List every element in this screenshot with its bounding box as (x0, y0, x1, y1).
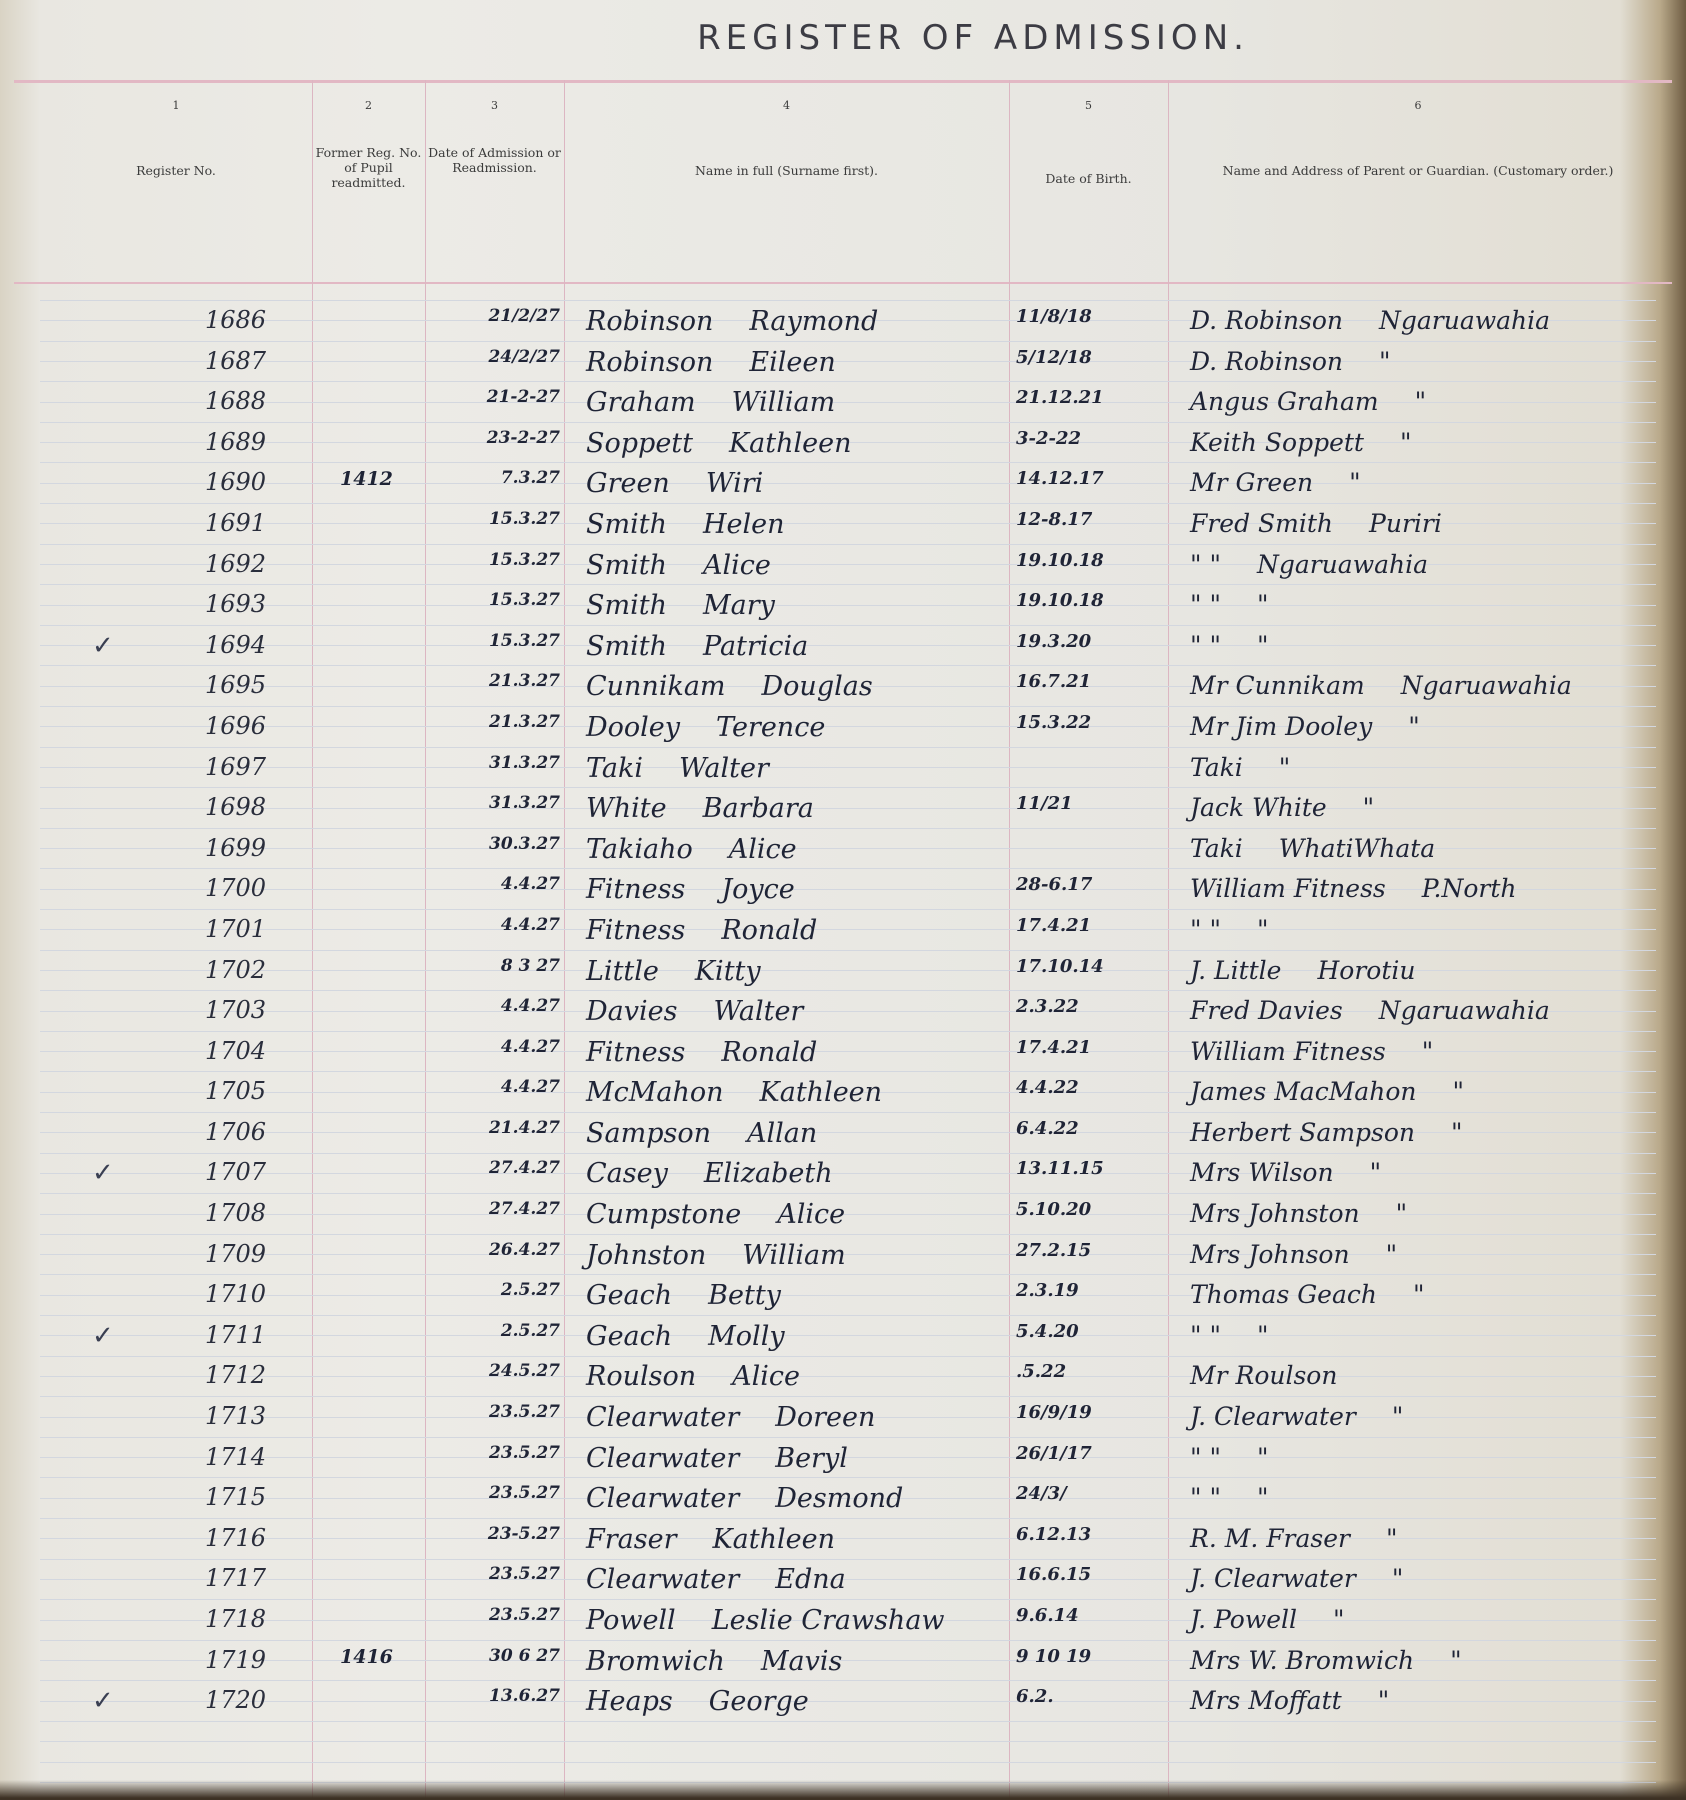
ruled-line (40, 1762, 1656, 1763)
surname: McMahon (586, 1077, 724, 1108)
admission-date: 4.4.27 (432, 874, 560, 894)
date-of-birth: 16/9/19 (1016, 1402, 1166, 1423)
surname: Smith (586, 631, 667, 662)
parent-address: " (1257, 1321, 1269, 1350)
date-of-birth: 19.10.18 (1016, 550, 1166, 571)
surname: Clearwater (586, 1443, 739, 1474)
parent-address: " (1386, 1240, 1398, 1269)
parent-name: Mrs Johnson (1190, 1240, 1350, 1269)
surname: Bromwich (586, 1646, 725, 1677)
given-name: Edna (775, 1564, 845, 1595)
given-name: Mary (703, 590, 775, 621)
given-name: George (709, 1686, 809, 1717)
admission-date: 23.5.27 (432, 1402, 560, 1422)
parent-name: Mrs Wilson (1190, 1158, 1334, 1187)
table-row: 1699 30.3.27 TakiahoAlice TakiWhatiWhata (0, 828, 1686, 869)
date-of-birth: 5.4.20 (1016, 1321, 1166, 1342)
parent-name: William Fitness (1190, 1037, 1386, 1066)
parent-address: " (1379, 347, 1391, 376)
register-number: 1711 (205, 1321, 295, 1349)
table-row: 1702 8 3 27 LittleKitty 17.10.14 J. Litt… (0, 950, 1686, 991)
given-name: Alice (729, 834, 797, 865)
parent-guardian: Keith Soppett" (1190, 428, 1670, 457)
parent-name: D. Robinson (1190, 306, 1343, 335)
given-name: Barbara (703, 793, 814, 824)
surname: Clearwater (586, 1483, 739, 1514)
parent-address: " (1400, 428, 1412, 457)
column-label: Former Reg. No. of Pupil readmitted. (316, 145, 422, 190)
admission-date: 2.5.27 (432, 1280, 560, 1300)
date-of-birth: 4.4.22 (1016, 1077, 1166, 1098)
admission-date: 8 3 27 (432, 956, 560, 976)
pupil-name: SoppettKathleen (586, 428, 1006, 459)
surname: White (586, 793, 667, 824)
admission-date: 21.3.27 (432, 712, 560, 732)
check-mark: ✓ (92, 631, 142, 661)
pupil-name: SampsonAllan (586, 1118, 1006, 1149)
parent-guardian: " "" (1190, 590, 1670, 619)
register-number: 1688 (205, 387, 295, 415)
parent-name: J. Clearwater (1190, 1402, 1356, 1431)
table-row: ✓ 1711 2.5.27 GeachMolly 5.4.20 " "" (0, 1315, 1686, 1356)
register-entries: 1686 21/2/27 RobinsonRaymond 11/8/18 D. … (0, 300, 1686, 1721)
check-mark: ✓ (92, 1686, 142, 1716)
date-of-birth: 27.2.15 (1016, 1240, 1166, 1261)
pupil-name: SmithMary (586, 590, 1006, 621)
surname: Sampson (586, 1118, 711, 1149)
admission-date: 27.4.27 (432, 1158, 560, 1178)
table-row: 1688 21-2-27 GrahamWilliam 21.12.21 Angu… (0, 381, 1686, 422)
parent-guardian: Mr Green" (1190, 468, 1670, 497)
admission-date: 4.4.27 (432, 996, 560, 1016)
admission-date: 24.5.27 (432, 1361, 560, 1381)
register-number: 1700 (205, 874, 295, 902)
pupil-name: FraserKathleen (586, 1524, 1006, 1555)
pupil-name: GreenWiri (586, 468, 1006, 499)
table-row: 1708 27.4.27 CumpstoneAlice 5.10.20 Mrs … (0, 1193, 1686, 1234)
surname: Geach (586, 1321, 672, 1352)
column-header-date-of-birth: 5 Date of Birth. (1009, 98, 1168, 268)
parent-guardian: J. Clearwater" (1190, 1402, 1670, 1431)
register-number: 1690 (205, 468, 295, 496)
given-name: Beryl (775, 1443, 848, 1474)
admission-date: 21/2/27 (432, 306, 560, 326)
column-number: 6 (1168, 98, 1668, 113)
date-of-birth: 13.11.15 (1016, 1158, 1166, 1179)
given-name: Terence (716, 712, 825, 743)
register-number: 1714 (205, 1443, 295, 1471)
register-number: 1708 (205, 1199, 295, 1227)
table-row: ✓ 1707 27.4.27 CaseyElizabeth 13.11.15 M… (0, 1152, 1686, 1193)
table-row: 1697 31.3.27 TakiWalter Taki" (0, 747, 1686, 788)
register-number: 1695 (205, 671, 295, 699)
pupil-name: SmithHelen (586, 509, 1006, 540)
parent-guardian: D. RobinsonNgaruawahia (1190, 306, 1670, 335)
given-name: Kathleen (729, 428, 852, 459)
parent-address: " (1349, 468, 1361, 497)
table-row: 1716 23-5.27 FraserKathleen 6.12.13 R. M… (0, 1518, 1686, 1559)
parent-guardian: J. Clearwater" (1190, 1564, 1670, 1593)
surname: Casey (586, 1158, 668, 1189)
register-number: 1703 (205, 996, 295, 1024)
check-mark: ✓ (92, 1321, 142, 1351)
given-name: Elizabeth (704, 1158, 833, 1189)
admission-date: 23.5.27 (432, 1605, 560, 1625)
parent-address: " (1452, 1077, 1464, 1106)
parent-name: Mr Roulson (1190, 1361, 1337, 1390)
parent-address: " (1413, 1280, 1425, 1309)
column-number: 4 (564, 98, 1009, 113)
parent-address: " (1279, 753, 1291, 782)
parent-name: Taki (1190, 753, 1243, 782)
column-number: 5 (1009, 98, 1168, 113)
date-of-birth: 17.10.14 (1016, 956, 1166, 977)
column-label: Date of Birth. (1045, 171, 1131, 186)
parent-name: " " (1190, 1443, 1221, 1472)
parent-address: P.North (1422, 874, 1517, 903)
parent-name: Mr Cunnikam (1190, 671, 1365, 700)
register-number: 1694 (205, 631, 295, 659)
admission-date: 21-2-27 (432, 387, 560, 407)
parent-name: Mr Green (1190, 468, 1313, 497)
parent-guardian: Mrs W. Bromwich" (1190, 1646, 1670, 1675)
date-of-birth: 2.3.22 (1016, 996, 1166, 1017)
parent-address: " (1408, 712, 1420, 741)
date-of-birth: 21.12.21 (1016, 387, 1166, 408)
admission-date: 21.3.27 (432, 671, 560, 691)
date-of-birth: 19.3.20 (1016, 631, 1166, 652)
admission-date: 31.3.27 (432, 793, 560, 813)
pupil-name: ClearwaterEdna (586, 1564, 1006, 1595)
table-row: 1705 4.4.27 McMahonKathleen 4.4.22 James… (0, 1071, 1686, 1112)
given-name: Alice (703, 550, 771, 581)
parent-guardian: " "" (1190, 631, 1670, 660)
pupil-name: RobinsonEileen (586, 347, 1006, 378)
date-of-birth: 28-6.17 (1016, 874, 1166, 895)
pupil-name: GeachMolly (586, 1321, 1006, 1352)
column-number: 2 (312, 98, 425, 113)
date-of-birth: 11/8/18 (1016, 306, 1166, 327)
date-of-birth: 15.3.22 (1016, 712, 1166, 733)
surname: Heaps (586, 1686, 673, 1717)
admission-date: 2.5.27 (432, 1321, 560, 1341)
admission-date: 23.5.27 (432, 1483, 560, 1503)
table-row: 1712 24.5.27 RoulsonAlice .5.22 Mr Rouls… (0, 1355, 1686, 1396)
table-row: 1701 4.4.27 FitnessRonald 17.4.21 " "" (0, 909, 1686, 950)
admission-date: 24/2/27 (432, 347, 560, 367)
parent-guardian: Mrs Johnson" (1190, 1240, 1670, 1269)
register-number: 1718 (205, 1605, 295, 1633)
register-number: 1717 (205, 1564, 295, 1592)
table-row: 1692 15.3.27 SmithAlice 19.10.18 " "Ngar… (0, 544, 1686, 585)
surname: Davies (586, 996, 677, 1027)
pupil-name: McMahonKathleen (586, 1077, 1006, 1108)
parent-name: Mr Jim Dooley (1190, 712, 1372, 741)
pupil-name: DaviesWalter (586, 996, 1006, 1027)
parent-guardian: Mr Roulson (1190, 1361, 1670, 1390)
former-register-number: 1416 (340, 1646, 420, 1668)
parent-guardian: " "" (1190, 1443, 1670, 1472)
surname: Clearwater (586, 1402, 739, 1433)
register-number: 1687 (205, 347, 295, 375)
parent-address: " (1451, 1118, 1463, 1147)
parent-name: " " (1190, 590, 1221, 619)
surname: Green (586, 468, 670, 499)
table-row: 1693 15.3.27 SmithMary 19.10.18 " "" (0, 584, 1686, 625)
surname: Little (586, 956, 659, 987)
parent-guardian: Taki" (1190, 753, 1670, 782)
ruled-line (40, 1721, 1656, 1722)
pupil-name: FitnessRonald (586, 915, 1006, 946)
parent-address: " (1396, 1199, 1408, 1228)
parent-name: Taki (1190, 834, 1243, 863)
surname: Robinson (586, 347, 713, 378)
parent-address: Ngaruawahia (1257, 550, 1428, 579)
surname: Smith (586, 509, 667, 540)
table-row: 1706 21.4.27 SampsonAllan 6.4.22 Herbert… (0, 1112, 1686, 1153)
table-row: 1686 21/2/27 RobinsonRaymond 11/8/18 D. … (0, 300, 1686, 341)
pupil-name: TakiWalter (586, 753, 1006, 784)
given-name: William (732, 387, 836, 418)
table-row: ✓ 1694 15.3.27 SmithPatricia 19.3.20 " "… (0, 625, 1686, 666)
register-number: 1713 (205, 1402, 295, 1430)
table-row: 1717 23.5.27 ClearwaterEdna 16.6.15 J. C… (0, 1558, 1686, 1599)
parent-address: " (1386, 1524, 1398, 1553)
register-number: 1716 (205, 1524, 295, 1552)
register-number: 1710 (205, 1280, 295, 1308)
register-number: 1709 (205, 1240, 295, 1268)
parent-address: " (1378, 1686, 1390, 1715)
date-of-birth: 24/3/ (1016, 1483, 1166, 1504)
given-name: Doreen (775, 1402, 875, 1433)
parent-guardian: Fred SmithPuriri (1190, 509, 1670, 538)
parent-name: R. M. Fraser (1190, 1524, 1350, 1553)
parent-name: J. Powell (1190, 1605, 1297, 1634)
parent-guardian: Mrs Johnston" (1190, 1199, 1670, 1228)
date-of-birth: 9.6.14 (1016, 1605, 1166, 1626)
surname: Clearwater (586, 1564, 739, 1595)
page-title: REGISTER OF ADMISSION. (0, 18, 1686, 58)
parent-guardian: R. M. Fraser" (1190, 1524, 1670, 1553)
given-name: Kitty (695, 956, 761, 987)
parent-guardian: " "Ngaruawahia (1190, 550, 1670, 579)
register-number: 1696 (205, 712, 295, 740)
parent-address: Ngaruawahia (1379, 996, 1550, 1025)
parent-address: " (1333, 1605, 1345, 1634)
surname: Roulson (586, 1361, 696, 1392)
surname: Johnston (586, 1240, 706, 1271)
parent-guardian: Angus Graham" (1190, 387, 1670, 416)
parent-name: James MacMahon (1190, 1077, 1416, 1106)
admission-date: 4.4.27 (432, 1037, 560, 1057)
date-of-birth: 16.6.15 (1016, 1564, 1166, 1585)
parent-address: WhatiWhata (1279, 834, 1435, 863)
date-of-birth: 14.12.17 (1016, 468, 1166, 489)
pupil-name: ClearwaterDoreen (586, 1402, 1006, 1433)
surname: Fitness (586, 874, 685, 905)
table-row: 1696 21.3.27 DooleyTerence 15.3.22 Mr Ji… (0, 706, 1686, 747)
admission-date: 27.4.27 (432, 1199, 560, 1219)
given-name: Raymond (749, 306, 878, 337)
parent-name: Fred Davies (1190, 996, 1343, 1025)
ruled-line (40, 1741, 1656, 1742)
pupil-name: SmithPatricia (586, 631, 1006, 662)
parent-guardian: Mrs Wilson" (1190, 1158, 1670, 1187)
admission-date: 23-5.27 (432, 1524, 560, 1544)
admission-date: 23.5.27 (432, 1443, 560, 1463)
table-row: 1700 4.4.27 FitnessJoyce 28-6.17 William… (0, 868, 1686, 909)
header-rule (14, 282, 1672, 284)
surname: Soppett (586, 428, 693, 459)
register-number: 1699 (205, 834, 295, 862)
date-of-birth: 9 10 19 (1016, 1646, 1166, 1667)
column-number: 1 (40, 98, 312, 113)
parent-name: Herbert Sampson (1190, 1118, 1415, 1147)
parent-guardian: William FitnessP.North (1190, 874, 1670, 903)
given-name: Alice (732, 1361, 800, 1392)
table-row: 1709 26.4.27 JohnstonWilliam 27.2.15 Mrs… (0, 1234, 1686, 1275)
parent-address: " (1363, 793, 1375, 822)
table-row: 1687 24/2/27 RobinsonEileen 5/12/18 D. R… (0, 341, 1686, 382)
pupil-name: WhiteBarbara (586, 793, 1006, 824)
register-number: 1686 (205, 306, 295, 334)
parent-name: " " (1190, 1483, 1221, 1512)
surname: Smith (586, 590, 667, 621)
parent-name: Mrs W. Bromwich (1190, 1646, 1414, 1675)
parent-name: Angus Graham (1190, 387, 1379, 416)
register-number: 1693 (205, 590, 295, 618)
parent-guardian: " "" (1190, 915, 1670, 944)
pupil-name: DooleyTerence (586, 712, 1006, 743)
given-name: Kathleen (712, 1524, 835, 1555)
parent-guardian: Mr CunnikamNgaruawahia (1190, 671, 1670, 700)
parent-name: Mrs Johnston (1190, 1199, 1360, 1228)
parent-guardian: Thomas Geach" (1190, 1280, 1670, 1309)
register-number: 1691 (205, 509, 295, 537)
parent-address: " (1257, 915, 1269, 944)
given-name: Helen (703, 509, 785, 540)
parent-address: " (1415, 387, 1427, 416)
pupil-name: FitnessJoyce (586, 874, 1006, 905)
admission-date: 4.4.27 (432, 1077, 560, 1097)
parent-address: Horotiu (1317, 956, 1415, 985)
admission-date: 15.3.27 (432, 550, 560, 570)
parent-name: " " (1190, 550, 1221, 579)
pupil-name: TakiahoAlice (586, 834, 1006, 865)
parent-name: William Fitness (1190, 874, 1386, 903)
register-number: 1712 (205, 1361, 295, 1389)
register-page: REGISTER OF ADMISSION. 1 Register No. 2 … (0, 0, 1686, 1800)
given-name: Douglas (762, 671, 873, 702)
check-mark: ✓ (92, 1158, 142, 1188)
parent-guardian: D. Robinson" (1190, 347, 1670, 376)
parent-guardian: J. LittleHorotiu (1190, 956, 1670, 985)
parent-guardian: James MacMahon" (1190, 1077, 1670, 1106)
parent-name: Fred Smith (1190, 509, 1333, 538)
date-of-birth: 5.10.20 (1016, 1199, 1166, 1220)
parent-name: " " (1190, 631, 1221, 660)
register-number: 1707 (205, 1158, 295, 1186)
surname: Taki (586, 753, 643, 784)
register-number: 1697 (205, 753, 295, 781)
parent-address: Ngaruawahia (1401, 671, 1572, 700)
given-name: Betty (708, 1280, 781, 1311)
admission-date: 21.4.27 (432, 1118, 560, 1138)
surname: Smith (586, 550, 667, 581)
top-rule (14, 80, 1672, 83)
column-header-parent-guardian: 6 Name and Address of Parent or Guardian… (1168, 98, 1668, 268)
parent-guardian: TakiWhatiWhata (1190, 834, 1670, 863)
parent-guardian: J. Powell" (1190, 1605, 1670, 1634)
pupil-name: ClearwaterDesmond (586, 1483, 1006, 1514)
given-name: Mavis (761, 1646, 843, 1677)
admission-date: 13.6.27 (432, 1686, 560, 1706)
surname: Powell (586, 1605, 676, 1636)
admission-date: 15.3.27 (432, 509, 560, 529)
parent-address: " (1392, 1402, 1404, 1431)
date-of-birth: 16.7.21 (1016, 671, 1166, 692)
table-row: 1718 23.5.27 PowellLeslie Crawshaw 9.6.1… (0, 1599, 1686, 1640)
pupil-name: GrahamWilliam (586, 387, 1006, 418)
register-number: 1702 (205, 956, 295, 984)
table-row: ✓ 1720 13.6.27 HeapsGeorge 6.2. Mrs Moff… (0, 1680, 1686, 1721)
given-name: William (742, 1240, 846, 1271)
column-label: Register No. (136, 163, 216, 178)
table-row: 1690 1412 7.3.27 GreenWiri 14.12.17 Mr G… (0, 462, 1686, 503)
parent-guardian: Mr Jim Dooley" (1190, 712, 1670, 741)
date-of-birth: 17.4.21 (1016, 915, 1166, 936)
table-row: 1710 2.5.27 GeachBetty 2.3.19 Thomas Gea… (0, 1274, 1686, 1315)
admission-date: 30 6 27 (432, 1646, 560, 1666)
date-of-birth: 6.4.22 (1016, 1118, 1166, 1139)
table-row: 1691 15.3.27 SmithHelen 12-8.17 Fred Smi… (0, 503, 1686, 544)
column-header-name: 4 Name in full (Surname first). (564, 98, 1009, 268)
parent-guardian: Fred DaviesNgaruawahia (1190, 996, 1670, 1025)
surname: Fraser (586, 1524, 676, 1555)
date-of-birth: 2.3.19 (1016, 1280, 1166, 1301)
table-row: 1704 4.4.27 FitnessRonald 17.4.21 Willia… (0, 1031, 1686, 1072)
column-number: 3 (425, 98, 564, 113)
parent-guardian: Jack White" (1190, 793, 1670, 822)
date-of-birth: 12-8.17 (1016, 509, 1166, 530)
register-number: 1692 (205, 550, 295, 578)
date-of-birth: 6.12.13 (1016, 1524, 1166, 1545)
admission-date: 15.3.27 (432, 590, 560, 610)
date-of-birth: 5/12/18 (1016, 347, 1166, 368)
given-name: Ronald (721, 915, 817, 946)
parent-name: J. Little (1190, 956, 1281, 985)
given-name: Alice (777, 1199, 845, 1230)
parent-address: Puriri (1369, 509, 1442, 538)
pupil-name: BromwichMavis (586, 1646, 1006, 1677)
parent-name: D. Robinson (1190, 347, 1343, 376)
given-name: Walter (679, 753, 769, 784)
register-number: 1701 (205, 915, 295, 943)
register-number: 1689 (205, 428, 295, 456)
parent-name: Keith Soppett (1190, 428, 1364, 457)
parent-name: J. Clearwater (1190, 1564, 1356, 1593)
surname: Graham (586, 387, 696, 418)
parent-guardian: William Fitness" (1190, 1037, 1670, 1066)
date-of-birth: 17.4.21 (1016, 1037, 1166, 1058)
parent-guardian: " "" (1190, 1321, 1670, 1350)
pupil-name: SmithAlice (586, 550, 1006, 581)
admission-date: 7.3.27 (432, 468, 560, 488)
surname: Robinson (586, 306, 713, 337)
pupil-name: RoulsonAlice (586, 1361, 1006, 1392)
register-number: 1715 (205, 1483, 295, 1511)
date-of-birth: .5.22 (1016, 1361, 1166, 1382)
